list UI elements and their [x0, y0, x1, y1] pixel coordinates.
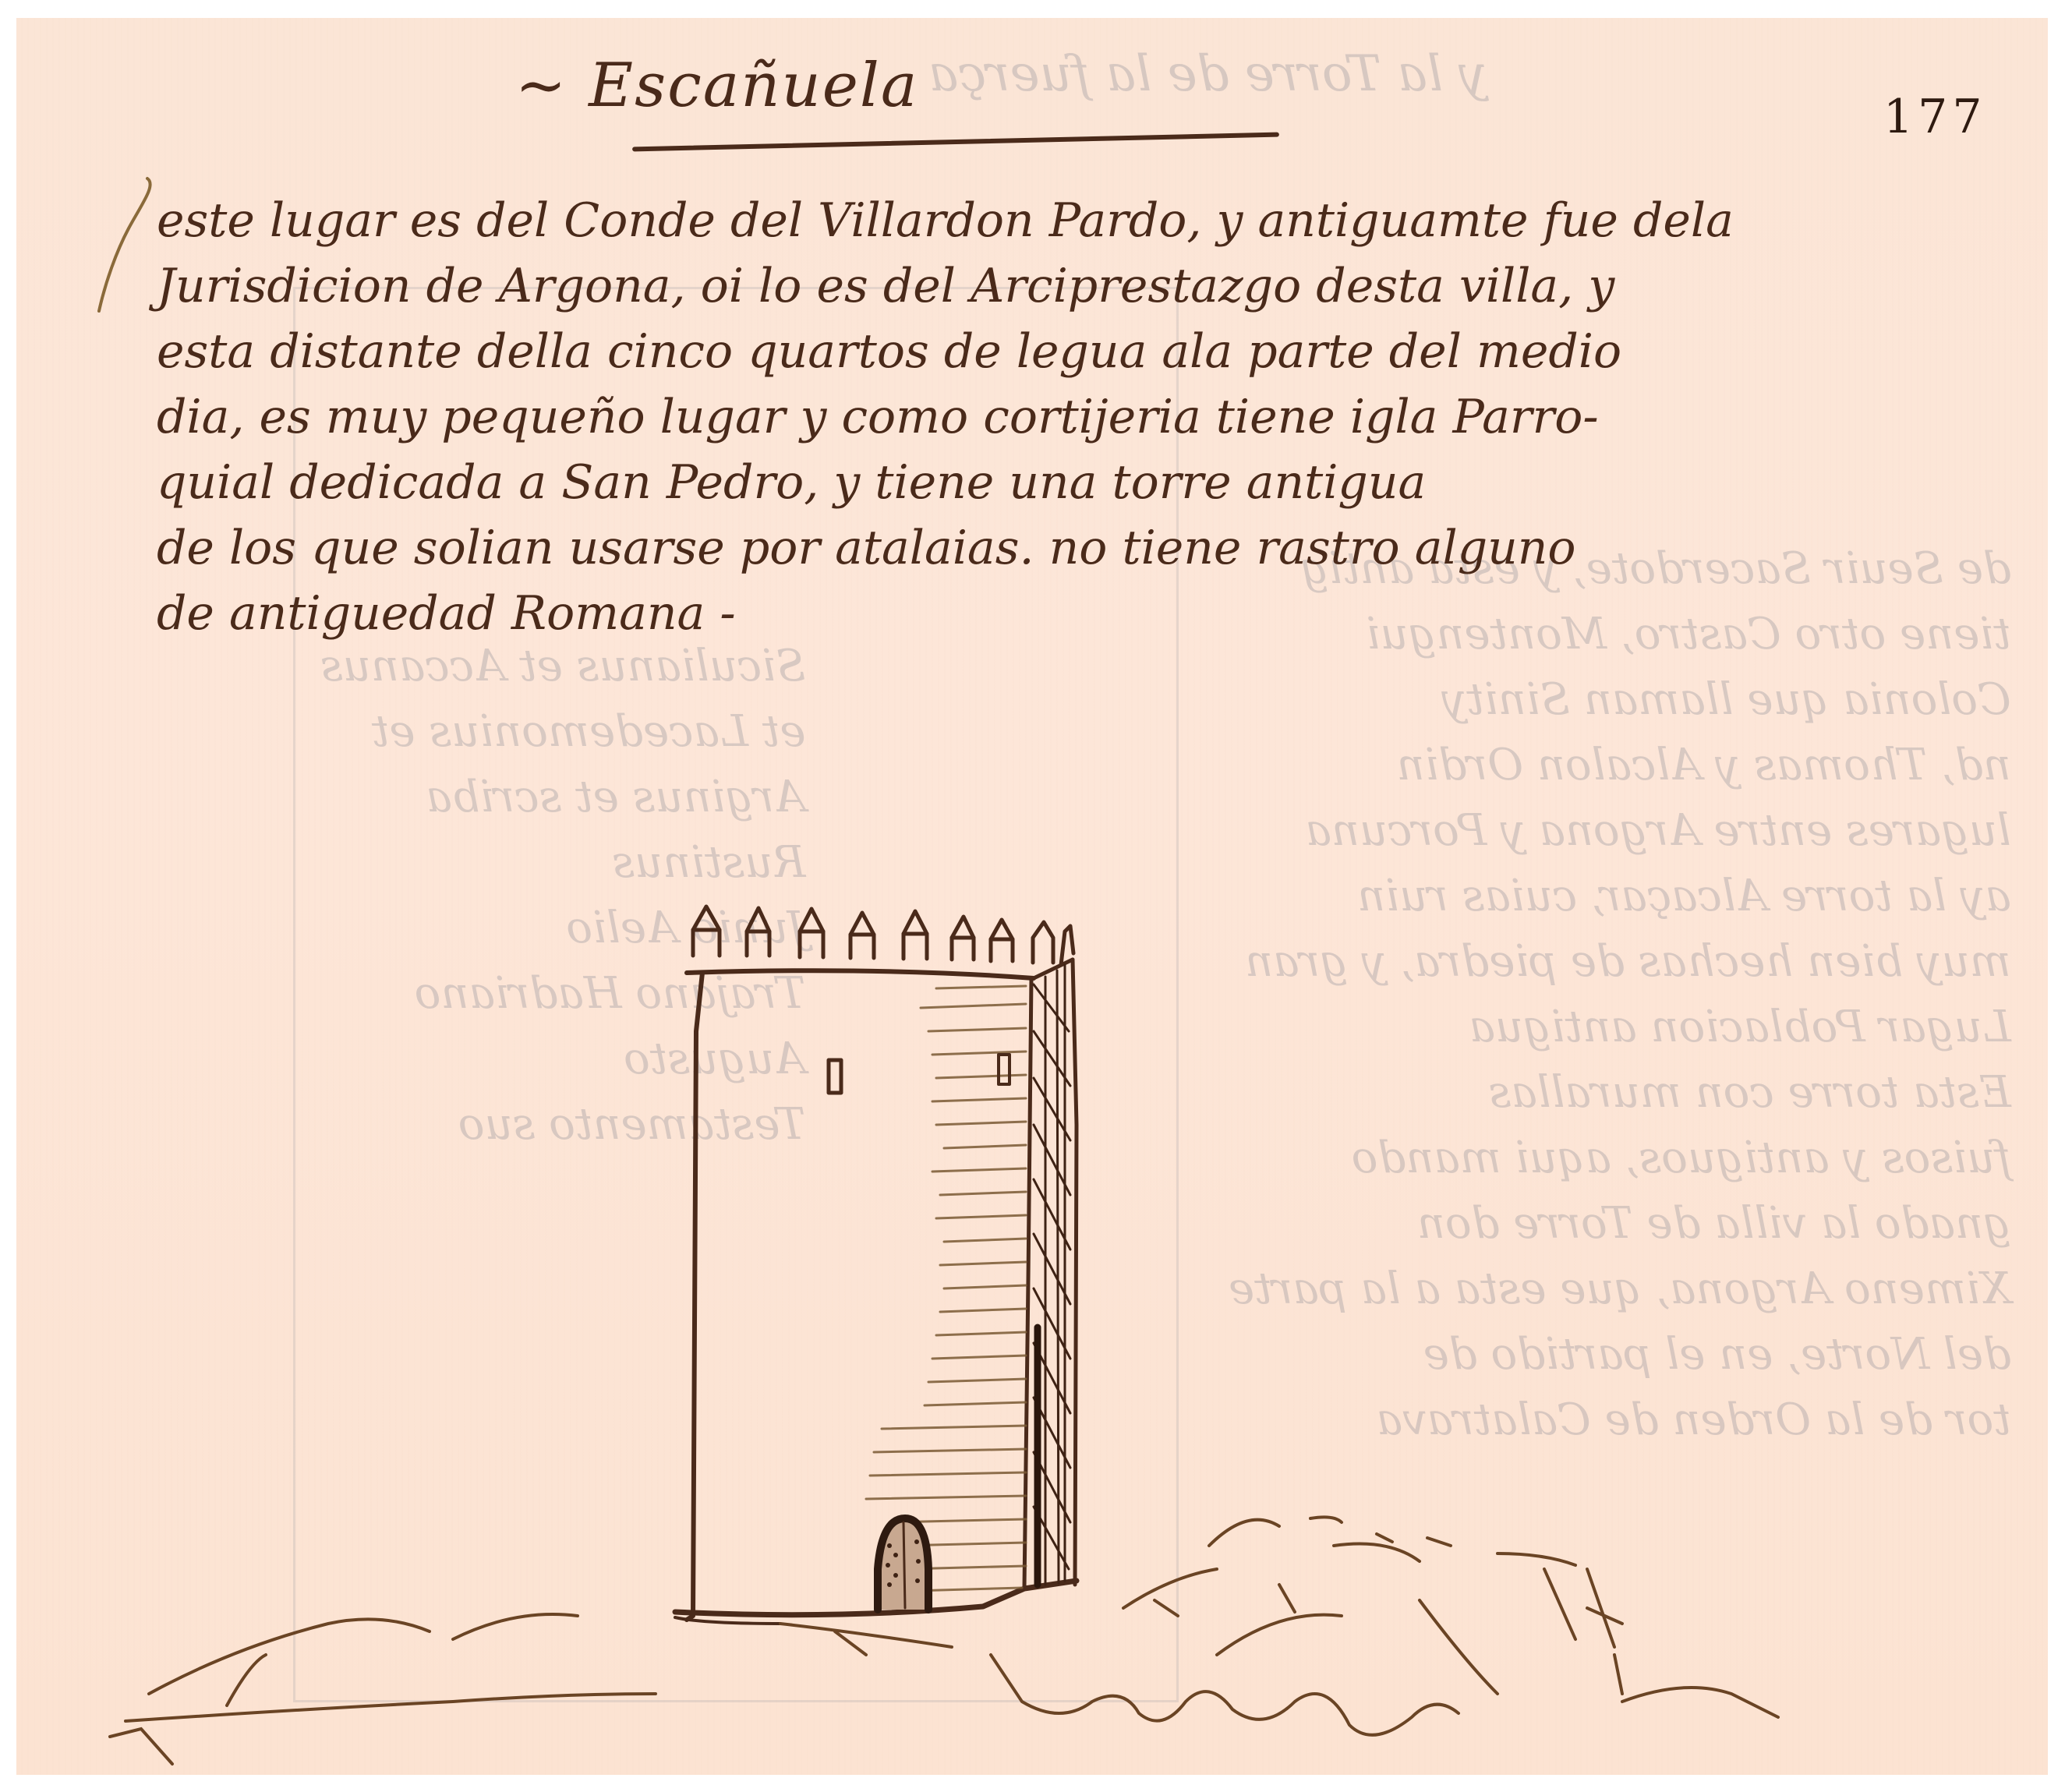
text-line-6: de los que solian usarse por atalaias. n…: [157, 515, 1918, 581]
bleed-through-top: y la Torre de la fuerça: [928, 41, 1487, 107]
page-title: ~ Escañuela: [515, 51, 918, 121]
margin-bracket-icon: [94, 174, 157, 330]
bleed-through-right-column: de Seuir Sacerdote, y esta antig tiene o…: [1229, 536, 2011, 1453]
text-line-2: Jurisdicion de Argona, oi lo es del Arci…: [157, 253, 1918, 319]
folio-number: 177: [1883, 90, 1987, 144]
title-underline: [632, 133, 1279, 152]
text-line-7: de antiguedad Romana -: [157, 581, 1918, 646]
text-line-5: quial dedicada a San Pedro, y tiene una …: [157, 450, 1918, 515]
manuscript-page: y la Torre de la fuerça Siculianus et Ac…: [16, 18, 2048, 1775]
text-line-1: este lugar es del Conde del Villardon Pa…: [157, 188, 1918, 253]
text-line-4: dia, es muy pequeño lugar y como cortije…: [157, 384, 1918, 450]
body-text: este lugar es del Conde del Villardon Pa…: [157, 188, 1918, 646]
text-line-3: esta distante della cinco quartos de leg…: [157, 319, 1918, 384]
